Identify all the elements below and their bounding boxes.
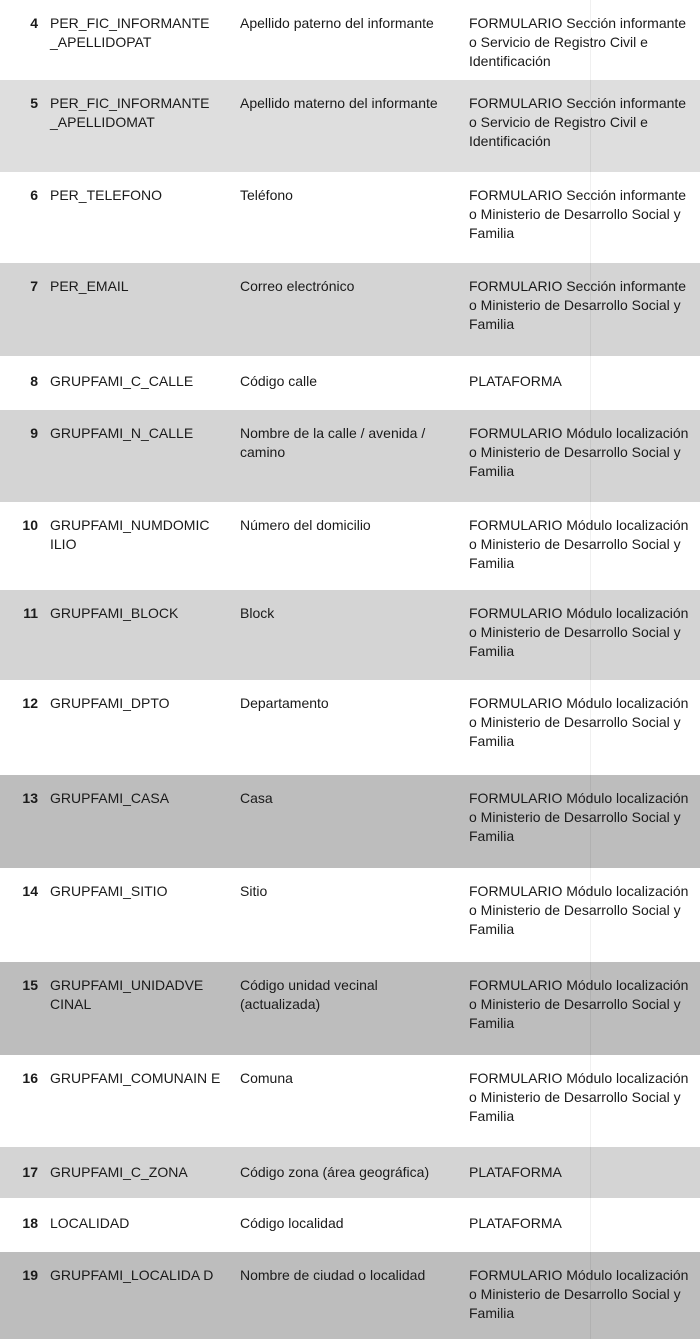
row-number: 19	[8, 1266, 38, 1285]
field-source: PLATAFORMA	[469, 1214, 694, 1233]
row-number: 11	[8, 604, 38, 623]
field-description: Teléfono	[240, 186, 460, 205]
field-name: GRUPFAMI_CASA	[50, 789, 230, 808]
field-description: Apellido paterno del informante	[240, 14, 460, 33]
row-number: 7	[8, 277, 38, 296]
row-number: 18	[8, 1214, 38, 1233]
table-row: 15GRUPFAMI_UNIDADVE CINALCódigo unidad v…	[0, 962, 700, 1055]
table-row: 6PER_TELEFONOTeléfonoFORMULARIO Sección …	[0, 172, 700, 263]
field-description: Departamento	[240, 694, 460, 713]
row-number: 13	[8, 789, 38, 808]
field-name: GRUPFAMI_C_CALLE	[50, 372, 230, 391]
field-description: Block	[240, 604, 460, 623]
table-row: 8GRUPFAMI_C_CALLECódigo callePLATAFORMA	[0, 356, 700, 410]
field-source: FORMULARIO Módulo localización o Ministe…	[469, 1266, 694, 1323]
field-description: Número del domicilio	[240, 516, 460, 535]
table-row: 7PER_EMAILCorreo electrónicoFORMULARIO S…	[0, 263, 700, 356]
row-number: 16	[8, 1069, 38, 1088]
field-name: GRUPFAMI_N_CALLE	[50, 424, 230, 443]
table-row: 11GRUPFAMI_BLOCKBlockFORMULARIO Módulo l…	[0, 590, 700, 680]
table-row: 5PER_FIC_INFORMANTE _APELLIDOMATApellido…	[0, 80, 700, 172]
field-source: FORMULARIO Sección informante o Minister…	[469, 186, 694, 243]
field-name: PER_TELEFONO	[50, 186, 230, 205]
field-name: GRUPFAMI_NUMDOMIC ILIO	[50, 516, 230, 554]
row-number: 8	[8, 372, 38, 391]
field-source: FORMULARIO Sección informante o Servicio…	[469, 14, 694, 71]
field-name: GRUPFAMI_DPTO	[50, 694, 230, 713]
field-source: FORMULARIO Módulo localización o Ministe…	[469, 882, 694, 939]
field-name: PER_FIC_INFORMANTE _APELLIDOPAT	[50, 14, 230, 52]
field-source: FORMULARIO Módulo localización o Ministe…	[469, 424, 694, 481]
field-name: GRUPFAMI_C_ZONA	[50, 1163, 230, 1182]
table-row: 4PER_FIC_INFORMANTE _APELLIDOPATApellido…	[0, 0, 700, 80]
field-source: FORMULARIO Sección informante o Servicio…	[469, 94, 694, 151]
field-description: Correo electrónico	[240, 277, 460, 296]
field-description: Nombre de ciudad o localidad	[240, 1266, 460, 1285]
field-source: FORMULARIO Módulo localización o Ministe…	[469, 694, 694, 751]
row-number: 17	[8, 1163, 38, 1182]
column-divider	[590, 0, 591, 1339]
field-description: Nombre de la calle / avenida / camino	[240, 424, 460, 462]
row-number: 14	[8, 882, 38, 901]
field-source: FORMULARIO Sección informante o Minister…	[469, 277, 694, 334]
field-name: GRUPFAMI_COMUNAIN E	[50, 1069, 230, 1088]
row-number: 6	[8, 186, 38, 205]
table-row: 18LOCALIDADCódigo localidadPLATAFORMA	[0, 1198, 700, 1252]
field-source: FORMULARIO Módulo localización o Ministe…	[469, 789, 694, 846]
table-row: 14GRUPFAMI_SITIOSitioFORMULARIO Módulo l…	[0, 868, 700, 962]
field-source: FORMULARIO Módulo localización o Ministe…	[469, 516, 694, 573]
table-row: 13GRUPFAMI_CASACasaFORMULARIO Módulo loc…	[0, 775, 700, 868]
field-source: FORMULARIO Módulo localización o Ministe…	[469, 976, 694, 1033]
row-number: 10	[8, 516, 38, 535]
field-description: Comuna	[240, 1069, 460, 1088]
field-name: GRUPFAMI_BLOCK	[50, 604, 230, 623]
table-row: 9GRUPFAMI_N_CALLENombre de la calle / av…	[0, 410, 700, 502]
table-row: 12GRUPFAMI_DPTODepartamentoFORMULARIO Mó…	[0, 680, 700, 775]
field-name: LOCALIDAD	[50, 1214, 230, 1233]
row-number: 9	[8, 424, 38, 443]
field-description: Código unidad vecinal (actualizada)	[240, 976, 460, 1014]
table-row: 17GRUPFAMI_C_ZONACódigo zona (área geogr…	[0, 1147, 700, 1198]
field-name: GRUPFAMI_LOCALIDA D	[50, 1266, 230, 1285]
row-number: 12	[8, 694, 38, 713]
row-number: 4	[8, 14, 38, 33]
table-row: 16GRUPFAMI_COMUNAIN EComunaFORMULARIO Mó…	[0, 1055, 700, 1147]
field-description: Sitio	[240, 882, 460, 901]
table-row: 10GRUPFAMI_NUMDOMIC ILIONúmero del domic…	[0, 502, 700, 590]
field-name: PER_FIC_INFORMANTE _APELLIDOMAT	[50, 94, 230, 132]
field-source: PLATAFORMA	[469, 372, 694, 391]
row-number: 5	[8, 94, 38, 113]
field-source: FORMULARIO Módulo localización o Ministe…	[469, 604, 694, 661]
field-source: PLATAFORMA	[469, 1163, 694, 1182]
row-number: 15	[8, 976, 38, 995]
field-source: FORMULARIO Módulo localización o Ministe…	[469, 1069, 694, 1126]
field-name: GRUPFAMI_UNIDADVE CINAL	[50, 976, 230, 1014]
table-row: 19GRUPFAMI_LOCALIDA DNombre de ciudad o …	[0, 1252, 700, 1339]
field-name: GRUPFAMI_SITIO	[50, 882, 230, 901]
field-description: Casa	[240, 789, 460, 808]
field-name: PER_EMAIL	[50, 277, 230, 296]
field-description: Código zona (área geográfica)	[240, 1163, 460, 1182]
field-description: Apellido materno del informante	[240, 94, 460, 113]
field-description: Código calle	[240, 372, 460, 391]
field-description: Código localidad	[240, 1214, 460, 1233]
